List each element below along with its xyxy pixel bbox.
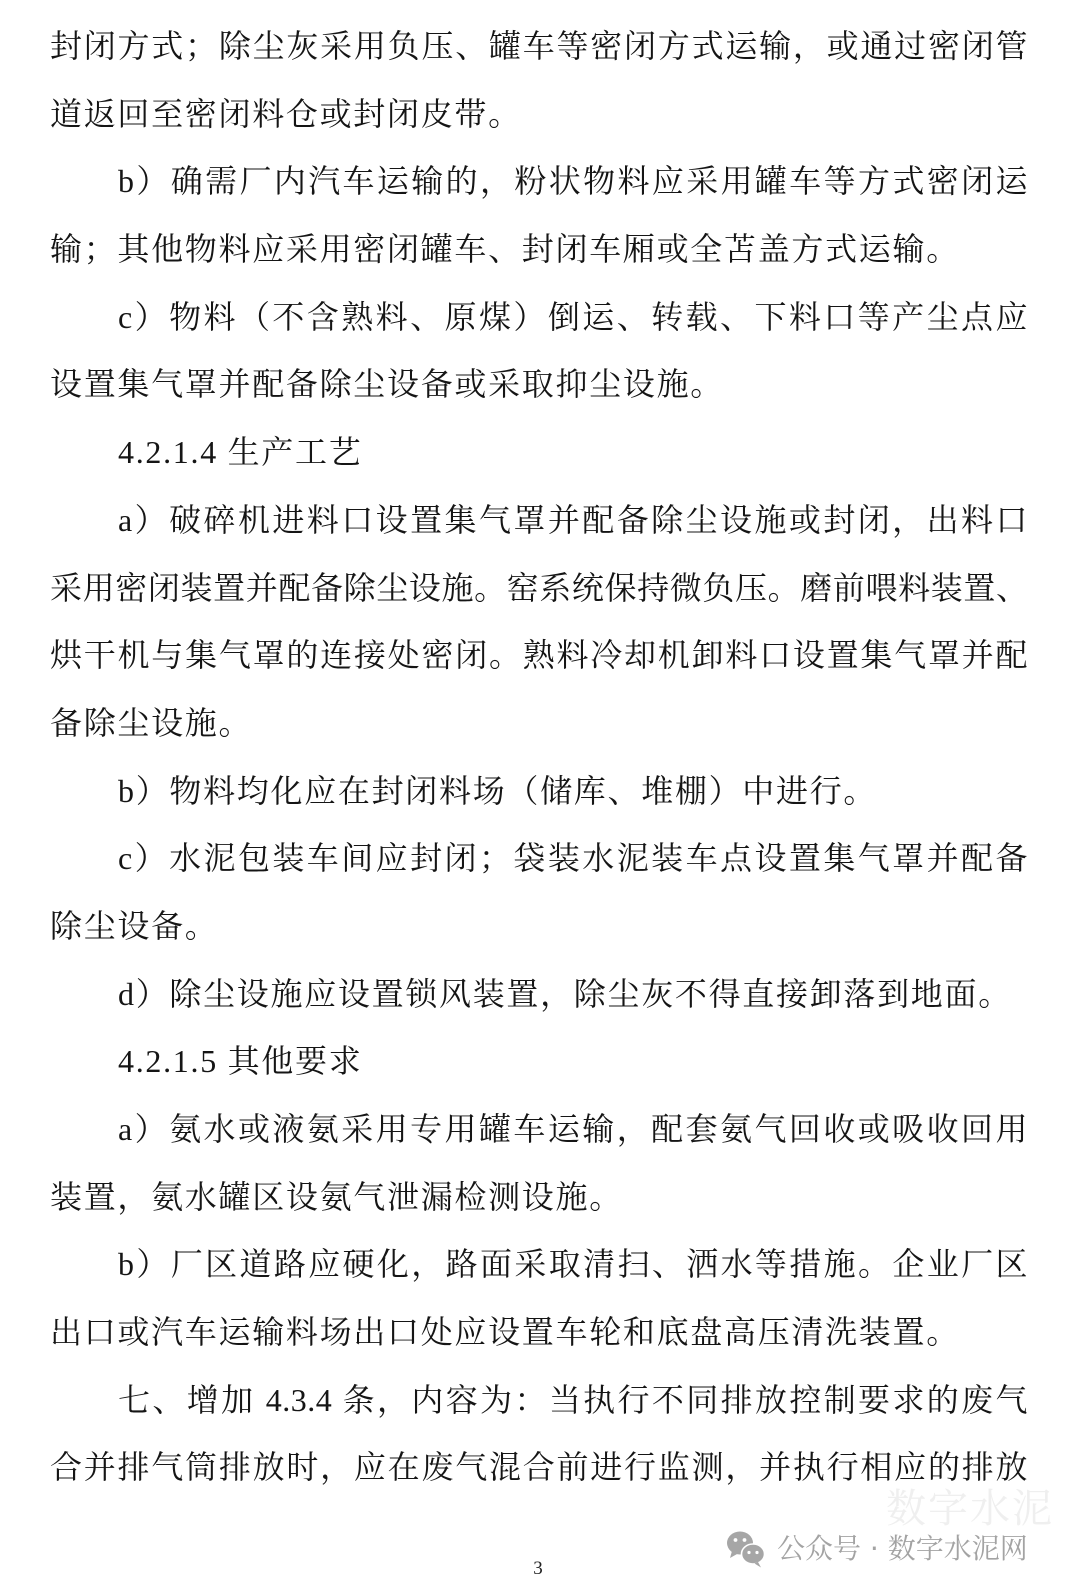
text-line: 设置集气罩并配备除尘设备或采取抑尘设施。 xyxy=(50,351,1028,419)
text-line: c）水泥包装车间应封闭；袋装水泥装车点设置集气罩并配备 xyxy=(50,825,1028,893)
text-line: 封闭方式；除尘灰采用负压、罐车等密闭方式运输，或通过密闭管 xyxy=(50,13,1028,81)
text-line: 采用密闭装置并配备除尘设施。窑系统保持微负压。磨前喂料装置、 xyxy=(50,555,1028,623)
text-line: c）物料（不含熟料、原煤）倒运、转载、下料口等产尘点应 xyxy=(50,284,1028,352)
text-line: 备除尘设施。 xyxy=(50,690,1028,758)
text-line: d）除尘设施应设置锁风装置，除尘灰不得直接卸落到地面。 xyxy=(50,961,1028,1029)
watermark-source: 公众号 · 数字水泥网 xyxy=(726,1530,1028,1568)
section-heading-4-2-1-5: 4.2.1.5 其他要求 xyxy=(50,1028,1028,1096)
paragraph-item-b: b）厂区道路应硬化，路面采取清扫、洒水等措施。企业厂区 出口或汽车运输料场出口处… xyxy=(50,1231,1028,1366)
text-line: a）氨水或液氨采用专用罐车运输，配套氨气回收或吸收回用 xyxy=(50,1096,1028,1164)
section-heading: 4.2.1.5 其他要求 xyxy=(50,1028,1028,1096)
paragraph-item-c: c）水泥包装车间应封闭；袋装水泥装车点设置集气罩并配备 除尘设备。 xyxy=(50,825,1028,960)
text-line: 烘干机与集气罩的连接处密闭。熟料冷却机卸料口设置集气罩并配 xyxy=(50,622,1028,690)
paragraph-item-c: c）物料（不含熟料、原煤）倒运、转载、下料口等产尘点应 设置集气罩并配备除尘设备… xyxy=(50,284,1028,419)
page-number: 3 xyxy=(523,1557,553,1581)
paragraph-amendment-7: 七、增加 4.3.4 条，内容为：当执行不同排放控制要求的废气 合并排气筒排放时… xyxy=(50,1367,1028,1502)
text-line: 输；其他物料应采用密闭罐车、封闭车厢或全苫盖方式运输。 xyxy=(50,216,1028,284)
text-line: b）确需厂内汽车运输的，粉状物料应采用罐车等方式密闭运 xyxy=(50,148,1028,216)
watermark-faint-text: 数字水泥 xyxy=(886,1489,1054,1529)
document-page: 封闭方式；除尘灰采用负压、罐车等密闭方式运输，或通过密闭管 道返回至密闭料仓或封… xyxy=(0,0,1080,1591)
wechat-icon xyxy=(726,1530,766,1568)
paragraph-item-a: a）氨水或液氨采用专用罐车运输，配套氨气回收或吸收回用 装置，氨水罐区设氨气泄漏… xyxy=(50,1096,1028,1231)
watermark-source-label: 公众号 · 数字水泥网 xyxy=(777,1530,1028,1568)
paragraph-item-b: b）物料均化应在封闭料场（储库、堆棚）中进行。 xyxy=(50,758,1028,826)
text-line: b）厂区道路应硬化，路面采取清扫、洒水等措施。企业厂区 xyxy=(50,1231,1028,1299)
text-line: 出口或汽车运输料场出口处应设置车轮和底盘高压清洗装置。 xyxy=(50,1299,1028,1367)
text-line: 道返回至密闭料仓或封闭皮带。 xyxy=(50,81,1028,149)
paragraph-item-d: d）除尘设施应设置锁风装置，除尘灰不得直接卸落到地面。 xyxy=(50,961,1028,1029)
text-line: 除尘设备。 xyxy=(50,893,1028,961)
text-line: a）破碎机进料口设置集气罩并配备除尘设施或封闭，出料口 xyxy=(50,487,1028,555)
section-heading-4-2-1-4: 4.2.1.4 生产工艺 xyxy=(50,419,1028,487)
text-line: 合并排气筒排放时，应在废气混合前进行监测，并执行相应的排放 xyxy=(50,1434,1028,1502)
text-line: 装置，氨水罐区设氨气泄漏检测设施。 xyxy=(50,1164,1028,1232)
paragraph-item-b: b）确需厂内汽车运输的，粉状物料应采用罐车等方式密闭运 输；其他物料应采用密闭罐… xyxy=(50,148,1028,283)
paragraph-continuation: 封闭方式；除尘灰采用负压、罐车等密闭方式运输，或通过密闭管 道返回至密闭料仓或封… xyxy=(50,13,1028,148)
text-line: b）物料均化应在封闭料场（储库、堆棚）中进行。 xyxy=(50,758,1028,826)
document-body: 封闭方式；除尘灰采用负压、罐车等密闭方式运输，或通过密闭管 道返回至密闭料仓或封… xyxy=(50,13,1028,1502)
paragraph-item-a: a）破碎机进料口设置集气罩并配备除尘设施或封闭，出料口 采用密闭装置并配备除尘设… xyxy=(50,487,1028,758)
section-heading: 4.2.1.4 生产工艺 xyxy=(50,419,1028,487)
text-line: 七、增加 4.3.4 条，内容为：当执行不同排放控制要求的废气 xyxy=(50,1367,1028,1435)
